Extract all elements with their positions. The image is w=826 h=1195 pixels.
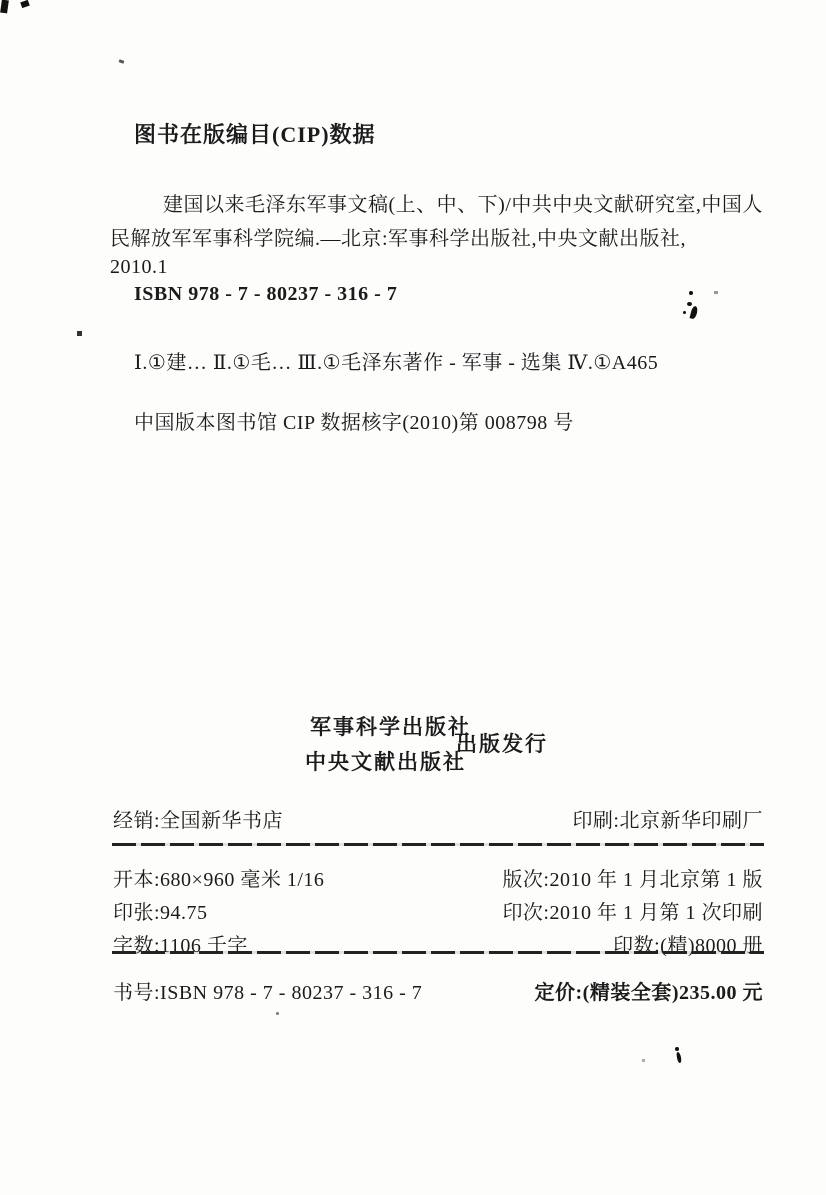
- scan-artifact-mark: [20, 0, 30, 8]
- scan-artifact-mark: [77, 331, 82, 336]
- publisher-name-1: 军事科学出版社: [310, 711, 471, 741]
- horizontal-rule-top: [112, 843, 764, 846]
- book-number: 书号:ISBN 978 - 7 - 80237 - 316 - 7: [113, 976, 422, 1005]
- spec-sheets: 印张:94.75: [113, 896, 208, 925]
- cip-description-line-3: 2010.1: [110, 256, 168, 279]
- ink-speckle: [687, 302, 692, 306]
- ink-speckle: [689, 291, 693, 295]
- scan-artifact-mark: [119, 59, 125, 64]
- publish-distribute-label: 出版发行: [456, 728, 548, 758]
- publisher-name-2: 中央文献出版社: [305, 746, 466, 776]
- price: 定价:(精装全套)235.00 元: [535, 976, 763, 1005]
- isbn-number: ISBN 978 - 7 - 80237 - 316 - 7: [134, 283, 397, 306]
- ink-speckle: [690, 305, 699, 319]
- cip-classification: Ⅰ.①建… Ⅱ.①毛… Ⅲ.①毛泽东著作 - 军事 - 选集 Ⅳ.①A465: [134, 346, 658, 375]
- book-copyright-page: 图书在版编目(CIP)数据 建国以来毛泽东军事文稿(上、中、下)/中共中央文献研…: [0, 0, 826, 1195]
- ink-speckle: [683, 311, 686, 314]
- spec-edition: 版次:2010 年 1 月北京第 1 版: [502, 863, 763, 892]
- horizontal-rule-bottom: [112, 951, 764, 954]
- printer-info: 印刷:北京新华印刷厂: [572, 804, 763, 833]
- scan-artifact-mark: [0, 0, 9, 13]
- ink-speckle: [276, 1012, 279, 1015]
- cip-heading: 图书在版编目(CIP)数据: [134, 118, 376, 149]
- spec-printing: 印次:2010 年 1 月第 1 次印刷: [502, 896, 763, 925]
- ink-speckle: [714, 291, 718, 294]
- cip-record-number: 中国版本图书馆 CIP 数据核字(2010)第 008798 号: [134, 406, 574, 435]
- ink-speckle: [676, 1052, 682, 1064]
- cip-description-line-2: 民解放军军事科学院编.—北京:军事科学出版社,中央文献出版社,: [110, 222, 686, 251]
- ink-speckle: [675, 1047, 679, 1051]
- spec-format: 开本:680×960 毫米 1/16: [113, 863, 324, 892]
- ink-speckle: [642, 1059, 645, 1062]
- distributor-info: 经销:全国新华书店: [113, 804, 283, 833]
- cip-description-line-1: 建国以来毛泽东军事文稿(上、中、下)/中共中央文献研究室,中国人: [163, 188, 763, 217]
